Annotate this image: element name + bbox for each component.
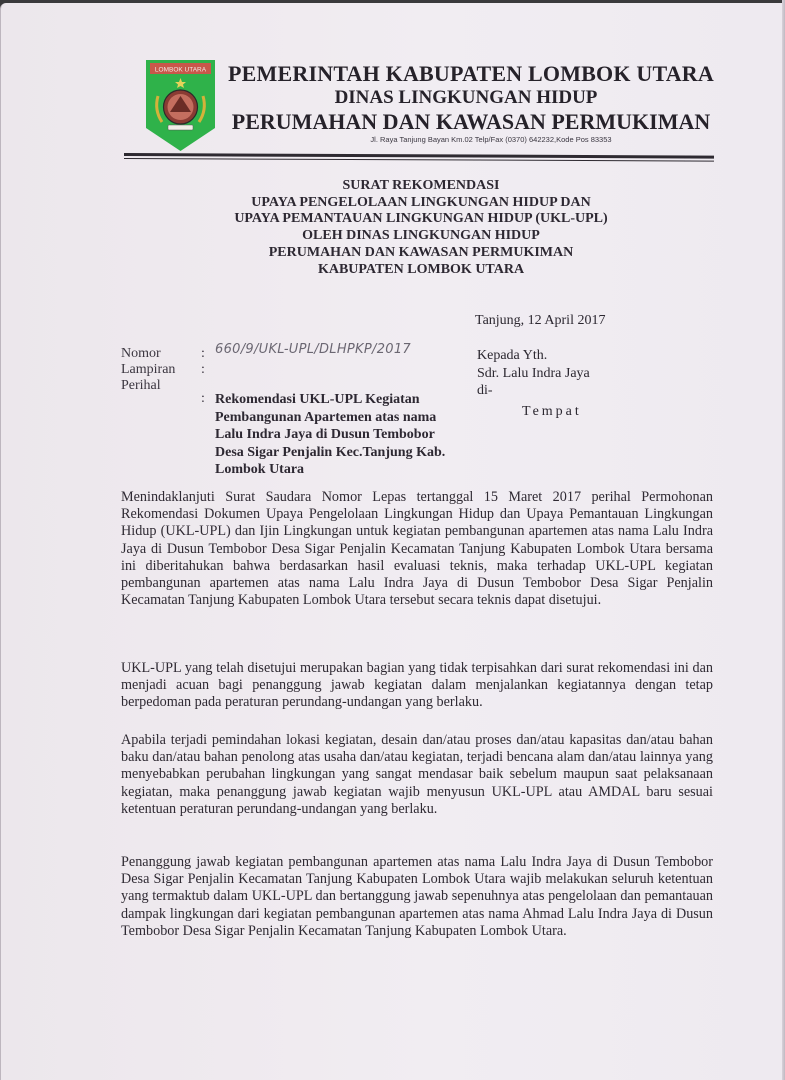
svg-text:LOMBOK UTARA: LOMBOK UTARA (155, 67, 207, 74)
nomor-label: Nomor (121, 346, 201, 362)
colon: : (201, 391, 215, 479)
government-name: PEMERINTAH KABUPATEN LOMBOK UTARA (221, 61, 721, 87)
recipient-block: Kepada Yth. Sdr. Lalu Indra Jaya di- Tem… (477, 347, 590, 420)
perihal-label: Perihal (121, 378, 201, 479)
letter-title: SURAT REKOMENDASI UPAYA PENGELOLAAN LING… (191, 178, 651, 278)
body-paragraph-1: Menindaklanjuti Surat Saudara Nomor Lepa… (121, 489, 713, 609)
body-paragraph-3: Apabila terjadi pemindahan lokasi kegiat… (121, 732, 713, 818)
title-line: UPAYA PENGELOLAAN LINGKUNGAN HIDUP DAN (191, 195, 651, 212)
recipient-di: di- (477, 382, 590, 400)
nomor-value: 660/9/UKL-UPL/DLHPKP/2017 (215, 342, 411, 362)
recipient-salutation: Kepada Yth. (477, 347, 590, 365)
letterhead-divider (124, 153, 714, 164)
nomor-row: Nomor : 660/9/UKL-UPL/DLHPKP/2017 (121, 346, 455, 362)
perihal-value: Rekomendasi UKL-UPL Kegiatan Pembangunan… (215, 391, 455, 479)
body-paragraph-4: Penanggung jawab kegiatan pembangunan ap… (121, 854, 713, 940)
letter-page: LOMBOK UTARA PEMERINTAH KABUPATEN LOMBOK… (0, 3, 784, 1080)
title-line: KABUPATEN LOMBOK UTARA (191, 262, 651, 279)
title-line: OLEH DINAS LINGKUNGAN HIDUP (191, 228, 651, 245)
recipient-name: Sdr. Lalu Indra Jaya (477, 365, 590, 383)
title-line: UPAYA PEMANTAUAN LINGKUNGAN HIDUP (UKL-U… (191, 211, 651, 228)
colon: : (201, 346, 215, 362)
agency-subname: PERUMAHAN DAN KAWASAN PERMUKIMAN (221, 109, 721, 135)
agency-name: DINAS LINGKUNGAN HIDUP (211, 87, 721, 109)
letter-date: Tanjung, 12 April 2017 (475, 313, 605, 329)
body-paragraph-2: UKL-UPL yang telah disetujui merupakan b… (121, 660, 713, 712)
lampiran-row: Lampiran : (121, 362, 455, 378)
perihal-row: Perihal : Rekomendasi UKL-UPL Kegiatan P… (121, 378, 455, 479)
agency-address: Jl. Raya Tanjung Bayan Km.02 Telp/Fax (0… (221, 135, 721, 145)
recipient-place: Tempat (522, 403, 590, 421)
colon: : (201, 362, 215, 378)
letter-meta: Nomor : 660/9/UKL-UPL/DLHPKP/2017 Lampir… (121, 346, 455, 479)
regency-emblem-icon: LOMBOK UTARA (144, 58, 217, 153)
title-line: PERUMAHAN DAN KAWASAN PERMUKIMAN (191, 245, 651, 262)
letterhead: PEMERINTAH KABUPATEN LOMBOK UTARA DINAS … (221, 61, 721, 145)
lampiran-label: Lampiran (121, 362, 201, 378)
title-line: SURAT REKOMENDASI (191, 178, 651, 195)
